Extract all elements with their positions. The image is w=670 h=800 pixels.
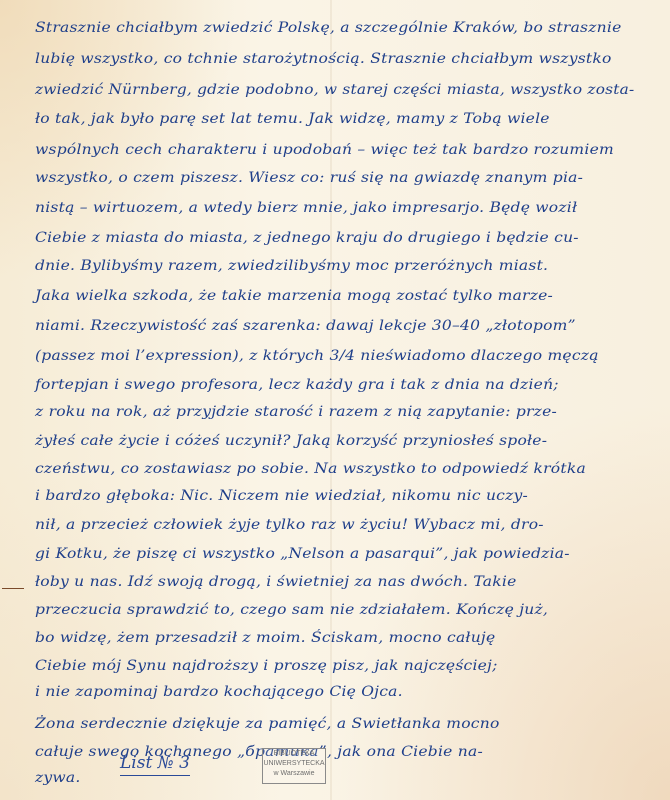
library-stamp: BIBLIOTEKA UNIWERSYTECKA w Warszawie <box>262 748 326 784</box>
letter-line: gi Kotku, że piszę ci wszystko „Nelson a… <box>35 546 570 562</box>
letter-line: dnie. Bylibyśmy razem, zwiedzilibyśmy mo… <box>35 258 548 274</box>
letter-number: List № 3 <box>120 753 190 776</box>
letter-line: nił, a przecież człowiek żyje tylko raz … <box>35 517 544 533</box>
letter-line: całuje swego kochanego „братика”, jak on… <box>35 744 483 760</box>
letter-line: Ciebie z miasta do miasta, z jednego kra… <box>35 230 579 246</box>
letter-line: fortepjan i swego profesora, lecz każdy … <box>35 377 559 393</box>
letter-line: lubię wszystko, co tchnie starożytnością… <box>35 51 612 67</box>
letter-line: przeczucia sprawdzić to, czego sam nie z… <box>35 602 548 618</box>
letter-line: zwiedzić Nürnberg, gdzie podobno, w star… <box>35 82 634 98</box>
letter-line: Ciebie mój Synu najdroższy i proszę pisz… <box>35 658 498 674</box>
letter-line: zywa. <box>35 770 81 786</box>
letter-line: czeństwu, co zostawiasz po sobie. Na wsz… <box>35 461 586 477</box>
margin-mark <box>2 588 24 589</box>
letter-line: z roku na rok, aż przyjdzie starość i ra… <box>35 404 557 420</box>
stamp-line-2: UNIWERSYTECKA <box>263 759 325 769</box>
letter-line: wspólnych cech charakteru i upodobań – w… <box>35 142 614 158</box>
letter-line: bo widzę, żem przesadził z moim. Ściskam… <box>35 630 495 646</box>
letter-line: żyłeś całe życie i cóżeś uczynił? Jaką k… <box>35 433 547 449</box>
letter-line: ło tak, jak było parę set lat temu. Jak … <box>35 111 550 127</box>
letter-line: nistą – wirtuozem, a wtedy bierz mnie, j… <box>35 200 577 216</box>
letter-line: Żona serdecznie dziękuje za pamięć, a Sw… <box>35 716 500 732</box>
letter-line: i nie zapominaj bardzo kochającego Cię O… <box>35 684 403 700</box>
letter-line: (passez moi l’expression), z których 3/4… <box>35 348 599 364</box>
letter-line: Strasznie chciałbym zwiedzić Polskę, a s… <box>35 20 622 36</box>
letter-line: wszystko, o czem piszesz. Wiesz co: ruś … <box>35 170 583 186</box>
letter-line: łoby u nas. Idź swoją drogą, i świetniej… <box>35 574 516 590</box>
stamp-line-1: BIBLIOTEKA <box>263 749 325 759</box>
stamp-line-3: w Warszawie <box>263 769 325 779</box>
letter-line: Jaka wielka szkoda, że takie marzenia mo… <box>35 288 553 304</box>
letter-line: niami. Rzeczywistość zaś szarenka: dawaj… <box>35 318 576 334</box>
letter-line: i bardzo głęboka: Nic. Niczem nie wiedzi… <box>35 488 528 504</box>
